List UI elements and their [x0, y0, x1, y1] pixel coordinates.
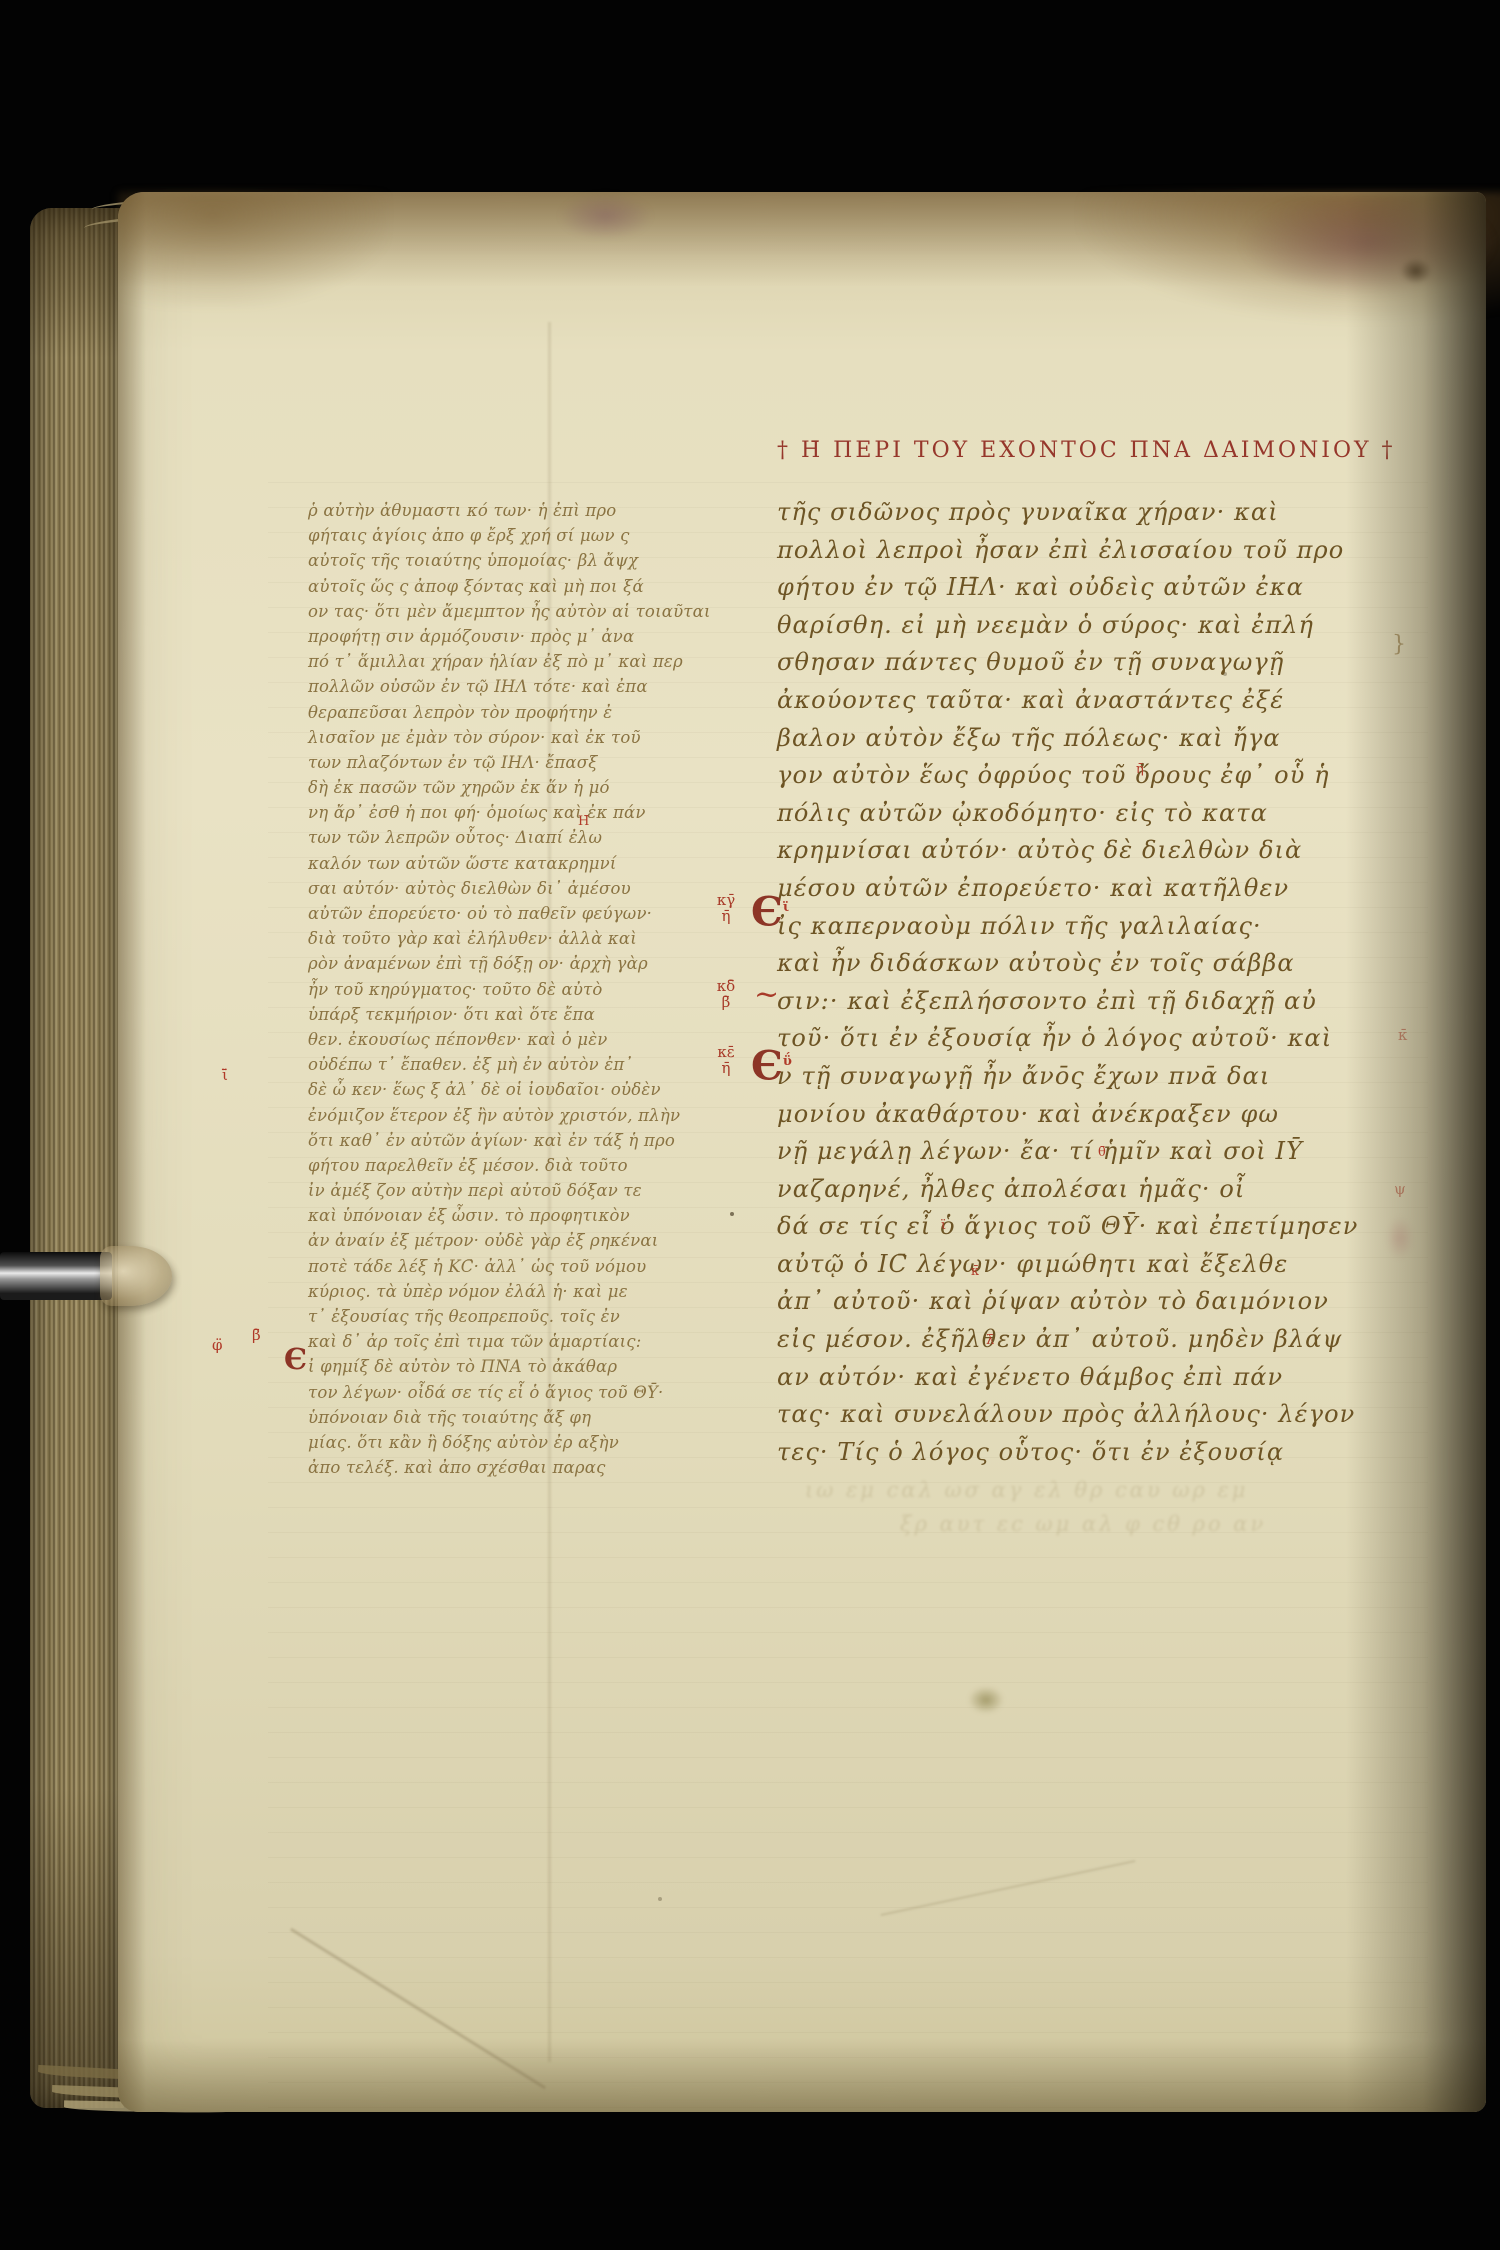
commentary-text-line: θεραπεῦσαι λεπρὸν τὸν προφήτην ἐ	[308, 700, 738, 725]
section-number: κγ̄	[706, 892, 746, 908]
commentary-text-line: ρὸν ἀναμένων ἐπὶ τῇ δόξῃ ον· ἀρχὴ γὰρ	[308, 951, 738, 976]
commentary-text-line: λισαῖον με ἐμὰν τὸν σύρον· καὶ ἐκ τοῦ	[308, 725, 738, 750]
gospel-text-line: γον αὐτὸν ἕως ὀφρύος τοῦ ὄρους ἐφ᾽ οὗ ἡ	[777, 757, 1417, 795]
commentary-text-line: οὐδέπω τ᾽ ἔπαθεν. ἐξ μὴ ἐν αὐτὸν ἐπ᾽	[308, 1052, 738, 1077]
show-through-line: ξρ αυτ εϲ ωμ αλ φ ϲθ ρο αν	[900, 1512, 1266, 1536]
commentary-text-line: καὶ ὑπόνοιαν ἐξ ὦσιν. τὸ προφητικὸν	[308, 1203, 738, 1228]
page-holder-rod	[0, 1252, 112, 1300]
paragraphos-mark: ~	[754, 980, 779, 1010]
commentary-text-line: διὰ τοῦτο γὰρ καὶ ἐλήλυθεν· ἀλλὰ καὶ	[308, 926, 738, 951]
commentary-text-line: φήταις ἁγίοις ἀπο φ ἔρξ χρή σί μων ς	[308, 523, 738, 548]
commentary-text-line: ἦν τοῦ κηρύγματος· τοῦτο δὲ αὐτὸ	[308, 977, 738, 1002]
commentary-text-line: κύριος. τὰ ὑπὲρ νόμον ἐλάλ ἡ· καὶ με	[308, 1279, 738, 1304]
ink-fleck	[658, 1897, 662, 1901]
ammonian-section-number: κδ̄ β̄	[706, 978, 746, 1010]
gospel-text-line: μονίου ἀκαθάρτου· καὶ ἀνέκραξεν φω	[777, 1096, 1417, 1134]
commentary-text-line: πολλῶν οὐσῶν ἐν τῷ ΙΗΛ τότε· καὶ ἐπα	[308, 674, 738, 699]
commentary-text-line: θεν. ἐκουσίως πέπονθεν· καὶ ὁ μὲν	[308, 1027, 738, 1052]
commentary-text-line: αὐτῶν ἐπορεύετο· οὐ τὸ παθεῖν φεύγων·	[308, 901, 738, 926]
gospel-text-line: πολλοὶ λεπροὶ ἦσαν ἐπὶ ἐλισσαίου τοῦ προ	[777, 532, 1417, 570]
commentary-text-line: ῥ αὐτὴν ἀθυμαστι κό των· ἡ ἐπὶ προ	[308, 498, 738, 523]
gospel-text-line: τες· Τίς ὁ λόγος οὗτος· ὅτι ἐν ἐξουσίᾳ	[777, 1434, 1417, 1472]
gospel-text-line: θαρίσθη. εἰ μὴ νεεμὰν ὁ σύρος· καὶ ἐπλή	[777, 607, 1417, 645]
commentary-text-line: καλόν των αὐτῶν ὥστε κατακρημνί	[308, 851, 738, 876]
gospel-text-line: ἰς καπερναοὺμ πόλιν τῆς γαλιλαίας·	[777, 908, 1417, 946]
canon-number: η̄	[706, 1060, 746, 1076]
gospel-text-line: πόλις αὐτῶν ᾠκοδόμητο· εἰς τὸ κατα	[777, 795, 1417, 833]
commentary-text-line: ποτὲ τάδε λέξ ἡ ΚϹ̄· ἀλλ᾽ ὡς τοῦ νόμου	[308, 1254, 738, 1279]
commentary-text-line: καὶ δ᾽ ἀρ τοῖς ἐπὶ τιμα τῶν ἁμαρτίαις:	[308, 1329, 738, 1354]
canon-number: β̄	[706, 994, 746, 1010]
commentary-text-line: ἀν ἀναίν ἐξ μέτρον· οὐδὲ γὰρ ἐξ ρηκέναι	[308, 1228, 738, 1253]
commentary-text-line: αὐτοῖς τῆς τοιαύτης ὑπομοίας· βλ ἄψχ	[308, 548, 738, 573]
gospel-text-line: τῆς σιδῶνος πρὸς γυναῖκα χήραν· καὶ	[777, 494, 1417, 532]
commentary-text-line: αὐτοῖς ὥς ς ἀποφ ξόντας καὶ μὴ ποι ξά	[308, 574, 738, 599]
red-marginal-mark: Η̄	[578, 814, 589, 829]
commentary-text-line: σαι αὐτόν· αὐτὸς διελθὼν δι᾽ ἀμέσου	[308, 876, 738, 901]
red-marginal-mark: ϊ	[941, 1218, 946, 1233]
rubricated-initial: Є	[284, 1342, 307, 1376]
commentary-text-line: τον λέγων· οἶδά σε τίς εἶ ὁ ἅγιος τοῦ ΘῩ…	[308, 1380, 738, 1405]
commentary-text-line: ον τας· ὅτι μὲν ἄμεμπτον ἦς αὐτὸν αἱ τοι…	[308, 599, 738, 624]
red-marginal-mark: θ̄	[1098, 1145, 1106, 1160]
show-through-line: ιω εμ ϲαλ ωσ αγ ελ θρ ϲαυ ωρ εμ	[805, 1478, 1248, 1502]
commentary-text-line: ὅτι καθ᾽ ἐν αὐτῶν ἁγίων· καὶ ἐν τάξ ἡ πρ…	[308, 1128, 738, 1153]
ammonian-section-number: κε̄ η̄	[706, 1044, 746, 1076]
section-number: κδ̄	[706, 978, 746, 994]
commentary-text-line: των τῶν λεπρῶν οὗτος· Διαπί ἐλω	[308, 825, 738, 850]
rubricated-initial: Єϊ	[751, 888, 789, 932]
canon-number: η̄	[706, 908, 746, 924]
left-edge-shading	[118, 192, 146, 2112]
gospel-text-line: τοῦ· ὅτι ἐν ἐξουσίᾳ ἦν ὁ λόγος αὐτοῦ· κα…	[777, 1020, 1417, 1058]
gospel-text-line: μέσου αὐτῶν ἐπορεύετο· καὶ κατῆλθεν	[777, 870, 1417, 908]
commentary-text-line: ἐνόμιζον ἕτερον ἐξ ἢν αὐτὸν χριστόν, πλὴ…	[308, 1103, 738, 1128]
gospel-text-column: τῆς σιδῶνος πρὸς γυναῖκα χήραν· καὶπολλο…	[777, 494, 1417, 1471]
gospel-text-line: δά σε τίς εἶ ὁ ἅγιος τοῦ ΘῩ· καὶ ἐπετίμη…	[777, 1208, 1417, 1246]
bottom-edge-toning	[118, 2040, 1486, 2112]
gospel-text-line: αὐτῷ ὁ ΙϹ̄ λέγων· φιμώθητι καὶ ἔξελθε	[777, 1246, 1417, 1284]
commentary-text-line: φήτου παρελθεῖν ἐξ μέσον. διὰ τοῦτο	[308, 1153, 738, 1178]
red-marginal-mark: λ̄	[986, 1333, 994, 1348]
commentary-text-line: πό τ᾽ ἅμιλλαι χήραν ἡλίαν ἐξ πὸ μ᾽ καὶ π…	[308, 649, 738, 674]
gospel-text-line: εἰς μέσον. ἐξῆλθεν ἀπ᾽ αὐτοῦ. μηδὲν βλάψ	[777, 1321, 1417, 1359]
commentary-text-line: προφήτῃ σιν ἁρμόζουσιν· πρὸς μ᾽ ἀνα	[308, 624, 738, 649]
stain-spot	[968, 1686, 1004, 1714]
commentary-text-column: ῥ αὐτὴν ἀθυμαστι κό των· ἡ ἐπὶ προφήταις…	[308, 498, 738, 1480]
gospel-text-line: ναζαρηνέ, ἦλθες ἀπολέσαι ἡμᾶς· οἶ	[777, 1171, 1417, 1209]
red-marginal-mark: β̄	[252, 1326, 261, 1344]
commentary-text-line: ἀπο τελέξ. καὶ ἀπο σχέσθαι παρας	[308, 1455, 738, 1480]
ammonian-section-number: κγ̄ η̄	[706, 892, 746, 924]
commentary-text-line: τ᾽ ἐξουσίας τῆς θεοπρεποῦς. τοῖς ἐν	[308, 1304, 738, 1329]
red-marginal-mark: κ̄	[971, 1264, 979, 1279]
commentary-text-line: δὴ ἐκ πασῶν τῶν χηρῶν ἐκ ἅν ἡ μό	[308, 775, 738, 800]
gospel-text-line: σθησαν πάντες θυμοῦ ἐν τῇ συναγωγῇ	[777, 644, 1417, 682]
commentary-text-line: ὑπάρξ τεκμήριον· ὅτι καὶ ὅτε ἔπα	[308, 1002, 738, 1027]
gospel-text-line: ν τῇ συναγωγῇ ἦν ἄνο̄ς ἔχων πνᾱ δαι	[777, 1058, 1417, 1096]
gospel-text-line: σιν:· καὶ ἐξεπλήσσοντο ἐπὶ τῇ διδαχῇ αὐ	[777, 983, 1417, 1021]
commentary-text-line: ἰ φημίξ δὲ αὐτὸν τὸ ΠΝ̄Α τὸ ἀκάθαρ	[308, 1354, 738, 1379]
commentary-text-line: μίας. ὅτι κἂν ἢ δόξης αὐτὸν ἐρ αξὴν	[308, 1430, 738, 1455]
commentary-text-line: δὲ ὦ κεν· ἕως ξ ἀλ᾽ δὲ οἱ ἰουδαῖοι· οὐδὲ…	[308, 1077, 738, 1102]
red-marginal-mark: η̄	[1136, 762, 1144, 777]
gospel-text-line: αν αὐτόν· καὶ ἐγένετο θάμβος ἐπὶ πάν	[777, 1359, 1417, 1397]
stain	[118, 192, 388, 307]
stain	[558, 192, 653, 240]
red-marginal-mark: φ̈	[212, 1336, 223, 1354]
book-fore-edge-page-stack	[30, 208, 124, 2108]
gospel-text-line: καὶ ἦν διδάσκων αὐτοὺς ἐν τοῖς σάββα	[777, 945, 1417, 983]
commentary-text-line: νη ἄρ᾽ ἐσθ ἡ ποι φή· ὁμοίως καὶ ἐκ πάν	[308, 800, 738, 825]
gospel-text-line: τας· καὶ συνελάλουν πρὸς ἀλλήλους· λέγον	[777, 1396, 1417, 1434]
section-number: κε̄	[706, 1044, 746, 1060]
photo-of-manuscript: { "photo": { "background_color": "#03030…	[0, 0, 1500, 2250]
gospel-text-line: νῇ μεγάλῃ λέγων· ἔα· τί ἡμῖν καὶ σοὶ ΙῩ	[777, 1133, 1417, 1171]
gutter-shadow-right-edge	[1346, 192, 1486, 2112]
gospel-text-line: ἀκούοντες ταῦτα· καὶ ἀναστάντες ἐξέ	[777, 682, 1417, 720]
gospel-text-line: ἀπ᾽ αὐτοῦ· καὶ ῥίψαν αὐτὸν τὸ δαιμόνιον	[777, 1283, 1417, 1321]
red-marginal-mark: ϊ̄	[222, 1066, 228, 1084]
gospel-text-line: βαλον αὐτὸν ἔξω τῆς πόλεως· καὶ ἤγα	[777, 720, 1417, 758]
rubricated-initial: Єΰ	[751, 1042, 792, 1086]
manuscript-parchment-page: † Η̄ ΠΕΡΙ ΤΟΥ ΕΧΟΝΤΟϹ ΠΝ̄Α ΔΑΙΜΟΝΙΟΥ † τ…	[118, 192, 1486, 2112]
commentary-text-line: των πλαζόντων ἐν τῷ ΙΗΛ· ἔπασξ	[308, 750, 738, 775]
gospel-text-line: φήτου ἐν τῷ ΙΗ̄Λ· καὶ οὐδεὶς αὐτῶν ἐκα	[777, 569, 1417, 607]
commentary-text-line: ἰν ἀμέξ ζον αὐτὴν περὶ αὐτοῦ δόξαν τε	[308, 1178, 738, 1203]
gospel-text-line: κρημνίσαι αὐτόν· αὐτὸς δὲ διελθὼν διὰ	[777, 832, 1417, 870]
commentary-text-line: ὑπόνοιαν διὰ τῆς τοιαύτης ἄξ φη	[308, 1405, 738, 1430]
